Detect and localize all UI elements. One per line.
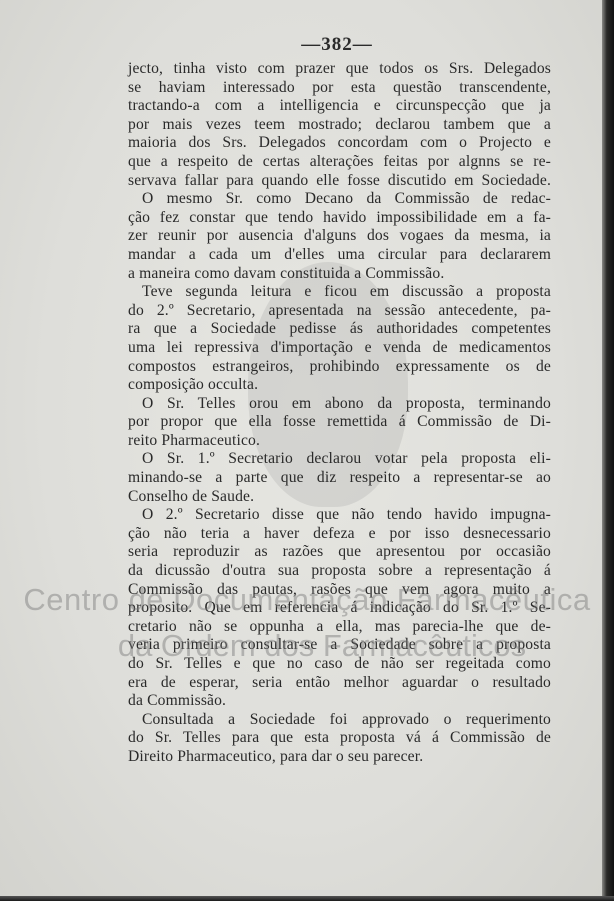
- text-line: O 2.º Secretario disse que não tendo hav…: [128, 506, 551, 525]
- text-line: servava fallar para quando elle fosse di…: [128, 172, 551, 191]
- text-line: Consultada a Sociedade foi approvado o r…: [128, 711, 551, 730]
- watermark-text-line-1: Centro de Documentação Farmacêutica: [0, 582, 614, 618]
- watermark-text-line-2: da Ordem dos Farmacêuticos: [0, 628, 614, 664]
- text-line: maioria dos Srs. Delegados concordam com…: [128, 134, 551, 153]
- scan-edge-bottom: [0, 896, 614, 901]
- text-line: reito Pharmaceutico.: [128, 432, 551, 451]
- text-line: ção não teria a haver defeza e por isso …: [128, 525, 551, 544]
- text-line: O mesmo Sr. como Decano da Commissão de …: [128, 190, 551, 209]
- text-line: zer reunir por ausencia d'alguns dos vog…: [128, 227, 551, 246]
- text-line: que a respeito de certas alterações feit…: [128, 153, 551, 172]
- text-line: da dicussão d'outra sua proposta sobre a…: [128, 562, 551, 581]
- paragraph: Consultada a Sociedade foi approvado o r…: [128, 711, 551, 767]
- text-line: O Sr. 1.º Secretario declarou votar pela…: [128, 450, 551, 469]
- paragraph: Teve segunda leitura e ficou em discussã…: [128, 283, 551, 395]
- text-line: composição occulta.: [128, 376, 551, 395]
- paragraph: O Sr. 1.º Secretario declarou votar pela…: [128, 450, 551, 506]
- text-line: mandar a cada um d'elles uma circular pa…: [128, 246, 551, 265]
- text-line: do 2.º Secretario, apresentada na sessão…: [128, 302, 551, 321]
- text-line: minando-se a parte que diz respeito a re…: [128, 469, 551, 488]
- text-line: jecto, tinha visto com prazer que todos …: [128, 60, 551, 79]
- paragraph: O mesmo Sr. como Decano da Commissão de …: [128, 190, 551, 283]
- text-line: era de esperar, seria então melhor aguar…: [128, 674, 551, 693]
- text-line: seria reproduzir as razões que apresento…: [128, 543, 551, 562]
- paragraph: jecto, tinha visto com prazer que todos …: [128, 60, 551, 190]
- text-line: Conselho de Saude.: [128, 488, 551, 507]
- page-number: —382—: [0, 34, 614, 56]
- text-line: a maneira como davam constituida a Commi…: [128, 265, 551, 284]
- paragraph: O Sr. Telles orou em abono da proposta, …: [128, 395, 551, 451]
- text-line: Direito Pharmaceutico, para dar o seu pa…: [128, 748, 551, 767]
- text-line: ção fez constar que tendo havido impossi…: [128, 209, 551, 228]
- text-line: ra que a Sociedade pedisse ás authoridad…: [128, 320, 551, 339]
- text-line: Teve segunda leitura e ficou em discussã…: [128, 283, 551, 302]
- text-line: compostos estrangeiros, prohibindo expre…: [128, 358, 551, 377]
- text-line: do Sr. Telles para que esta proposta vá …: [128, 729, 551, 748]
- scan-edge-right: [602, 0, 614, 901]
- text-line: por propor que ella fosse remettida á Co…: [128, 413, 551, 432]
- text-line: por mais vezes teem mostrado; declarou t…: [128, 116, 551, 135]
- text-line: uma lei repressiva d'importação e venda …: [128, 339, 551, 358]
- text-line: O Sr. Telles orou em abono da proposta, …: [128, 395, 551, 414]
- text-line: da Commissão.: [128, 692, 551, 711]
- text-line: tractando-a com a intelligencia e circun…: [128, 97, 551, 116]
- text-line: se haviam interessado por esta questão t…: [128, 79, 551, 98]
